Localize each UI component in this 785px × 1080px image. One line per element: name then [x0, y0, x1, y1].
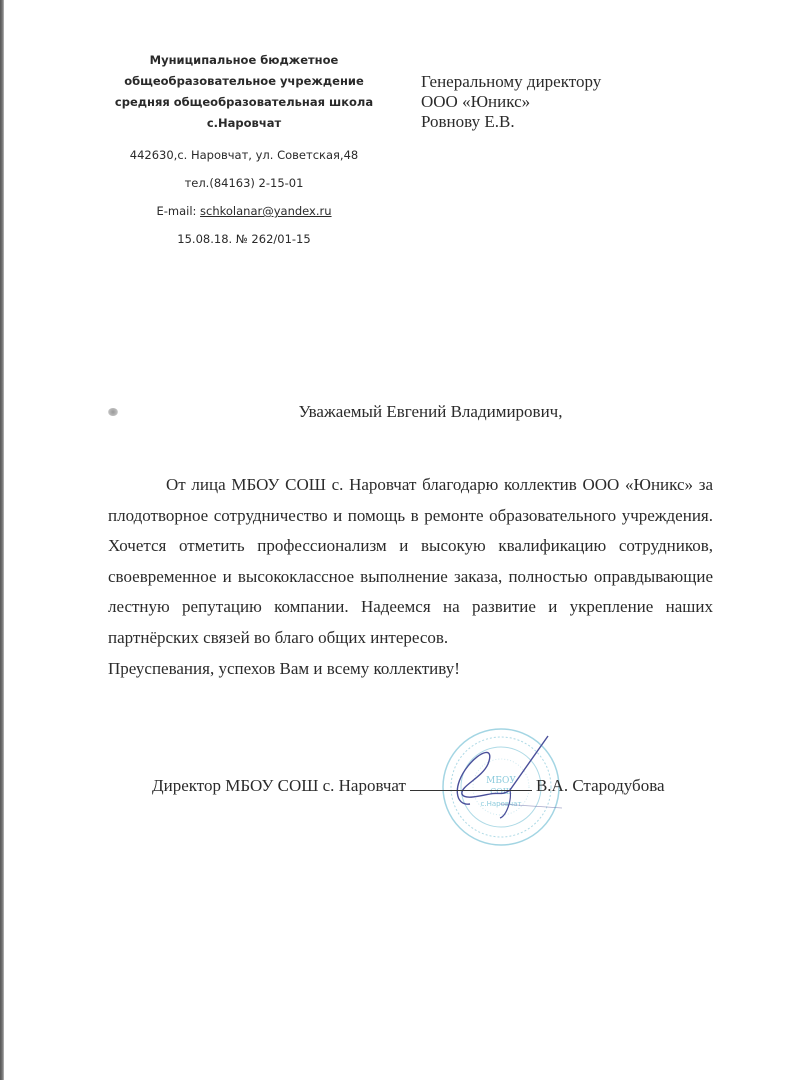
email-label: E-mail: — [156, 204, 200, 218]
recipient-line: Ровнову Е.В. — [421, 112, 601, 132]
recipient-line: ООО «Юникс» — [421, 92, 601, 112]
sender-organization: Муниципальное бюджетное общеобразователь… — [108, 50, 380, 134]
recipient-line: Генеральному директору — [421, 72, 601, 92]
email-link[interactable]: schkolanar@yandex.ru — [200, 204, 332, 218]
sender-org-line: общеобразовательное учреждение — [108, 71, 380, 92]
closing-line: Преуспевания, успехов Вам и всему коллек… — [108, 657, 713, 681]
signature-row: Директор МБОУ СОШ с. НаровчатВ.А. Старод… — [152, 776, 665, 796]
signatory-title: Директор МБОУ СОШ с. Наровчат — [152, 776, 406, 795]
signature-line — [410, 776, 532, 791]
letter-body: Уважаемый Евгений Владимирович, От лица … — [108, 400, 713, 681]
sender-org-line: средняя общеобразовательная школа — [108, 92, 380, 113]
sender-email-line: E-mail: schkolanar@yandex.ru — [108, 203, 380, 219]
reference-number: 15.08.18. № 262/01-15 — [108, 231, 380, 247]
body-paragraph: От лица МБОУ СОШ с. Наровчат благодарю к… — [108, 470, 713, 653]
signatory-name: В.А. Стародубова — [536, 776, 665, 795]
sender-org-line: с.Наровчат — [108, 113, 380, 134]
scan-edge — [0, 0, 4, 1080]
recipient-block: Генеральному директору ООО «Юникс» Ровно… — [421, 72, 601, 132]
sender-letterhead: Муниципальное бюджетное общеобразователь… — [108, 50, 380, 247]
sender-address: 442630,с. Наровчат, ул. Советская,48 — [108, 147, 380, 163]
sender-phone: тел.(84163) 2-15-01 — [108, 175, 380, 191]
salutation: Уважаемый Евгений Владимирович, — [108, 400, 713, 424]
sender-org-line: Муниципальное бюджетное — [108, 50, 380, 71]
